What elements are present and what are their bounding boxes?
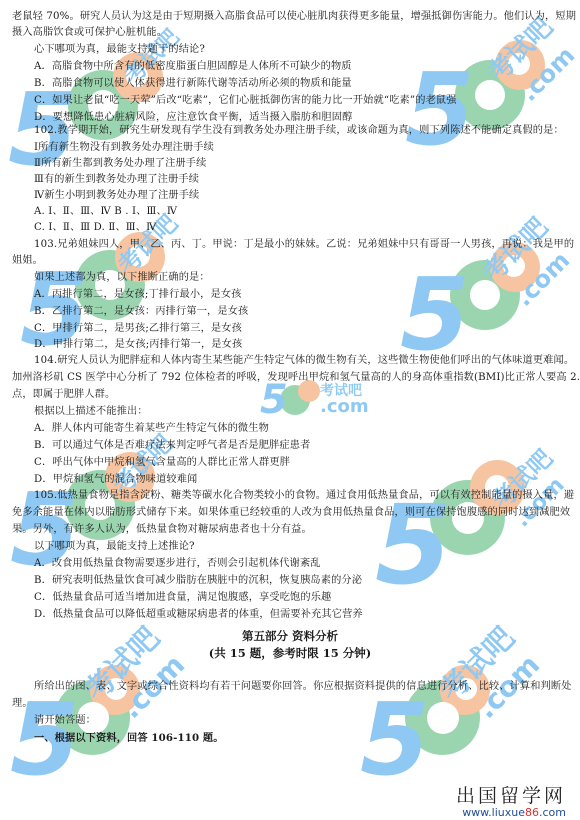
q102-statement-1: Ⅰ所有新生物没有到教务处办理注册手续 bbox=[34, 141, 214, 155]
q105-option-d: D．低热量食品可以降低超重或糖尿病患者的体重，但需要补充其它营养 bbox=[34, 608, 363, 622]
q101-stem-line-1: 老鼠轻 70%。研究人员认为这是由于短期摄入高脂食品可以使心脏肌肉获得更多能量，… bbox=[12, 10, 576, 24]
q105-stem-line-1: 105.低热量食物是指含淀粉、糖类等碳水化合物类较小的食物。通过食用低热量食品，… bbox=[34, 489, 574, 503]
q105-prompt: 以下哪项为真，最能支持上述推论? bbox=[34, 540, 195, 554]
part5-subtitle: (共 15 题，参考时限 15 分钟) bbox=[0, 645, 580, 661]
part5-start: 请开始答题： bbox=[34, 714, 96, 728]
q103-stem-line-1: 103.兄弟姐妹四人，甲、乙、丙、丁。甲说：丁是最小的妹妹。乙说：兄弟姐妹中只有… bbox=[34, 238, 574, 252]
q102-stem: 102.教学期开始，研究生研发现有学生没有到教务处办理注册手续，或该命题为真，则… bbox=[34, 124, 564, 138]
part5-title: 第五部分 资料分析 bbox=[0, 628, 580, 644]
q105-option-a: A．改食用低热量食物需要逐步进行，否则会引起机体代谢紊乱 bbox=[34, 557, 321, 571]
q101-option-d: D．要想降低患心脏病风险，应注意饮食平衡，适当摄入脂肪和胆固醇 bbox=[34, 111, 352, 125]
q103-prompt: 如果上述都为真，以下推断正确的是： bbox=[34, 271, 210, 285]
q101-prompt: 心下哪项为真，最能支持题干的结论? bbox=[34, 43, 205, 57]
q101-option-a: A．高脂食物中所含有的低密度脂蛋白胆固醇是人体所不可缺少的物质 bbox=[34, 60, 352, 74]
watermark-566-lower-right: 5 考试吧 .com bbox=[370, 450, 580, 610]
q104-prompt: 根据以上描述不能推出： bbox=[34, 405, 148, 419]
part5-intro-line-2: 理。 bbox=[12, 697, 33, 711]
q104-option-b: B．可以通过气体是否难疗法来判定呼气者是否是肥胖症患者 bbox=[34, 439, 310, 453]
q102-statement-3: Ⅲ有的新生到教务处办理了注册手续 bbox=[34, 173, 199, 187]
q101-option-c: C．如果让老鼠“吃一天荤”后改“吃素”，它们心脏抵御伤害的能力比一开始就“吃素”… bbox=[34, 94, 457, 108]
q103-stem-line-2: 姐姐。 bbox=[12, 254, 43, 268]
q104-option-d: D．甲烷和氢气的混合物味道较难闻 bbox=[34, 473, 197, 487]
q105-stem-line-3: 果。另外，有许多人认为，低热量食物对糖尿病患者也十分有益。 bbox=[12, 523, 312, 537]
q104-option-a: A．胖人体内可能寄生着某些产生特定气体的微生物 bbox=[34, 422, 269, 436]
q102-options-line-1: A. Ⅰ、Ⅱ、Ⅲ、Ⅳ B . Ⅰ、Ⅲ、Ⅳ bbox=[34, 205, 177, 219]
q103-option-a: A．丙排行第二，是女孩;丁排行最小，是女孩 bbox=[34, 288, 242, 302]
site-url[interactable]: www.liuxue86.com bbox=[456, 806, 566, 819]
watermark-566-bottom-left: 5 考试吧 .com bbox=[15, 620, 225, 780]
q102-options-line-2: C. Ⅰ、Ⅱ、Ⅲ D. Ⅱ、Ⅲ、Ⅳ bbox=[34, 221, 156, 235]
site-name: 出国留学网 bbox=[456, 786, 566, 806]
q104-option-c: C．呼出气体中甲烷和氢气含量高的人群比正常人群更胖 bbox=[34, 456, 290, 470]
q103-option-d: D．甲排行第二，是女孩;丙排行第一，是女孩 bbox=[34, 338, 242, 352]
q104-stem-line-1: 104.研究人员认为肥胖症和人体内寄生某些能产生特定气体的微生物有关，这些微生物… bbox=[34, 354, 574, 368]
part5-section-1-heading: 一、根据以下资料，回答 106-110 题。 bbox=[34, 731, 224, 745]
q103-option-b: B．乙排行第二，是女孩：丙排行第一，是女孩 bbox=[34, 305, 248, 319]
q105-stem-line-2: 免多余能量在体内以脂肪形式储存下来。如果体重已经较重的人改为食用低热量食品，则可… bbox=[12, 506, 570, 520]
q103-option-c: C．甲排行第二，是男孩;乙排行第三，是女孩 bbox=[34, 322, 242, 336]
part5-intro-line-1: 所给出的图、表、文字或综合性资料均有若干问题要你回答。你应根据资料提供的信息进行… bbox=[34, 680, 572, 694]
site-logo: 出国留学网 www.liuxue86.com bbox=[456, 786, 566, 819]
q104-stem-line-2: 加州洛杉矶 CS 医学中心分析了 792 位体检者的呼吸，发现呼出甲烷和氢气量高… bbox=[12, 371, 580, 385]
q101-stem-line-2: 摄入高脂饮食或可保护心脏机能。 bbox=[12, 26, 167, 40]
q101-option-b: B．高脂食物可以使人体获得进行新陈代谢等活动所必须的物质和能量 bbox=[34, 77, 352, 91]
watermark-566-bottom-right: 5 考试吧 .com bbox=[365, 620, 575, 780]
q104-stem-line-3: 点，即属于肥胖人群。 bbox=[12, 388, 115, 402]
q105-option-b: B．研究表明低热量饮食可减少脂肪在胰脏中的沉积，恢复胰岛素的分泌 bbox=[34, 574, 362, 588]
q102-statement-2: Ⅱ所有新生都到教务处办理了注册手续 bbox=[34, 157, 206, 171]
q105-option-c: C．低热量食品可适当增加进食量，满足饱腹感，享受吃饱的乐趣 bbox=[34, 591, 331, 605]
q102-statement-4: Ⅳ新生小明到教务处办理了注册手续 bbox=[34, 189, 199, 203]
